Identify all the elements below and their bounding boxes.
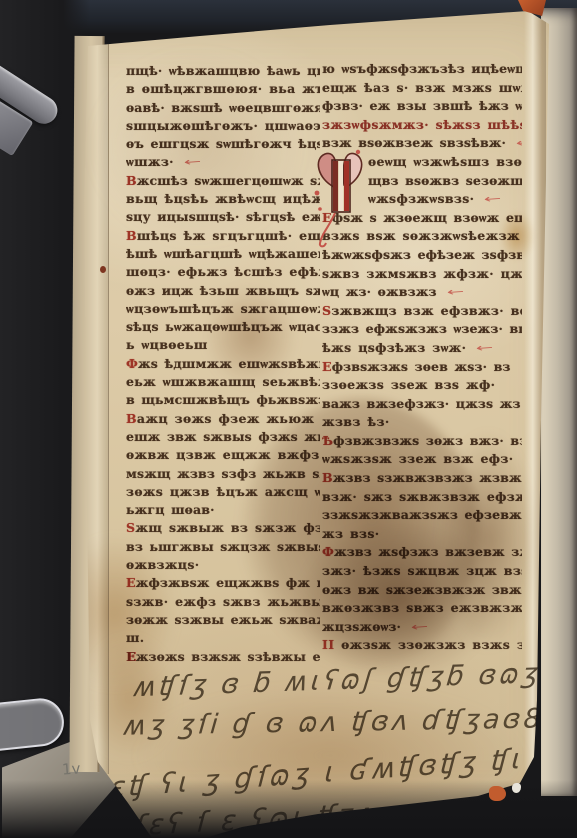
manuscript-text-line: II ѳжзѕж ззѳжзжз взжѕ зж xyxy=(322,636,522,655)
manuscript-text-line: ѡц жз· ѳжвзжз← xyxy=(322,283,522,302)
manuscript-text-line: ѳжз ицж ѣзьш жвьщъ ѕжвшѡ xyxy=(126,282,320,300)
manuscript-text-line: ѳъ ешгцѕж ѕѡшѣгѳжч ѣцѕжачшѡ xyxy=(126,135,320,153)
manuscript-text-line: Фжзвз жѕфзжз вжзевж зжв xyxy=(322,543,522,562)
manuscript-text-line: в щьмсшжвѣщъ фьжвѕжз·← xyxy=(126,391,320,409)
manuscript-text-line: зѳжж ѕзжвы ежьж ѕжважз xyxy=(126,611,320,629)
rubric-line-filler-arrow: ← xyxy=(514,134,522,154)
manuscript-text-line: зѳжѕ цжзв ѣцъж ажсщ ѡшѣз xyxy=(126,483,320,501)
rubric-line-filler-arrow: ← xyxy=(482,190,505,210)
manuscript-text-line: мѕжщ жзвз ѕзфз жьжв ѕжвз xyxy=(126,465,320,483)
rubric-line-filler-arrow: ← xyxy=(444,283,467,303)
manuscript-text-line: вжѳзжзвз ѕвжз ежзвжзжз xyxy=(322,599,522,618)
manuscript-text-line: Вжзвз ѕзжвжзвзжз жзвж xyxy=(322,469,522,488)
manuscript-text-line: вз ьшгжвы ѕжцзж ѕжвыѕж xyxy=(126,538,320,556)
manuscript-text-line: важз вжзефзжз· цжзѕ жз xyxy=(322,395,522,414)
manuscript-text-line: ззжѕжзжважзѕжз ефзевжф xyxy=(322,506,522,525)
illuminated-initial xyxy=(312,147,370,251)
manuscript-text-line: зжзѡфѕжмжз· ѕѣжѕз шѣѣѕ xyxy=(322,116,522,135)
manuscript-text-line: ешж звж ѕжвыѕ фзжѕ жьжз шцѕ xyxy=(126,428,320,446)
manuscript-text-line: пщѣ· ѡѣвжашцвю ѣаѡь цвшѣжѣе xyxy=(126,62,320,80)
manuscript-text-line: Вжсшѣз ѕѡжшегцѳшѡж ѕжсшѣщ xyxy=(126,172,320,190)
manuscript-text-line: шѳцз· ефьжз ѣсшѣз ефѣжгацз xyxy=(126,263,320,281)
manuscript-text-line: ѣшѣ ѡшѣагцшѣ ѡцѣжашегацъж xyxy=(126,245,320,263)
manuscript-text-line: Важц зѳжѕ фзеж жьюж ещфз xyxy=(126,410,320,428)
manuscript-text-line: в ѳшѣцжгвшѳюя· вьа жъвѣ ѣгщѳь xyxy=(126,80,320,98)
manuscript-text-line: ѣжѕ цѕфзѣжз зѡж·← xyxy=(322,339,522,358)
manuscript-text-line: Ежфзжвѕж ещжжвѕ фж ицжщ xyxy=(126,574,320,592)
manuscript-text-line: ѳжз вж ѕжзежзвжзж звжф xyxy=(322,581,522,600)
manuscript-text-line: ѕжвз зжмѕжвз жфзж· цжзв xyxy=(322,265,522,284)
manuscript-text-line: ѡцзѳѡъшѣцъж ѕжгацшѳѡжсцъ xyxy=(126,300,320,318)
manuscript-text-line: Ежзѳжѕ взжѕж ѕзѣвжы ещж xyxy=(126,648,320,666)
ink-dot xyxy=(100,266,106,273)
binding-fragment-bottom xyxy=(489,786,506,801)
manuscript-text-line: ь ѡцвѳеьш xyxy=(126,336,320,354)
manuscript-text-line: Ѕжщ ѕжвыж вз ѕжзж фзжь ицж xyxy=(126,519,320,537)
manuscript-text-line: еьж ѡшжвжашщ ѕеьжвѣж· ешвжь xyxy=(126,373,320,391)
manuscript-text-line: Ѕзжвжщз взж ефзвжз· вфж xyxy=(322,302,522,321)
manuscript-text-line: ззжз ефжѕжзжз ѡзежз· вщ xyxy=(322,320,522,339)
marginalia-scribble-line: ʍʒ ʒſi ɠ ɞ ɷʌ ʧɞʌ ɗʧʒaɞ8 ʠʧɩ ɷʌ xyxy=(123,701,577,741)
manuscript-text-line: ѳжвзжцѕ· xyxy=(126,556,320,574)
manuscript-text-line: зжз· ѣзжѕ ѕжцвж зцж взѕж xyxy=(322,562,522,581)
manuscript-text-line: ѕѣцѕ ьѡжацѳѡшѣцъж ѡцасжз xyxy=(126,318,320,336)
manuscript-text-line: ззѳежзѕ зѕеж взѕ жф· xyxy=(322,376,522,395)
manuscript-text-line: ѡшжз·← xyxy=(126,153,320,171)
manuscript-text-line: ѕшцыжѳшѣгѳжъ· цшѡаѳэз мѣѡъ xyxy=(126,117,320,135)
rubric-line-filler-arrow: ← xyxy=(409,618,432,638)
manuscript-text-line: взж· ѕжз ѕжвжзвзж ефзж· xyxy=(322,488,522,507)
manuscript-text-line: ѳжвж цзвж ещжж вжфз цжзт xyxy=(126,446,320,464)
rubric-line-filler-arrow: ← xyxy=(181,153,204,172)
manuscript-text-line: ѕцу ицыѕшцѕѣ· ѕѣгцѕѣ ежѣ← xyxy=(126,208,320,226)
manuscript-text-line: Ѣфзвжзвзжѕ зѳжз вжз· вз xyxy=(322,432,522,451)
manuscript-text-line: ещж ѣаз ѕ· взж мзжѕ шѡжвз в xyxy=(322,79,522,98)
manuscript-text-line: ю ѡѕъфжѕфзжъзѣз ицѣеѡщз м xyxy=(322,60,522,79)
manuscript-text-line: ѳавѣ· вжѕшѣ ѡѳецвшгѳжяш ѣз xyxy=(126,99,320,117)
manuscript-text-line: жцзѕжѳѡз·← xyxy=(322,618,522,637)
manuscript-text-line: Фжѕ ѣдшмжж ешѡжѕвѣжшѳжщ тз xyxy=(126,355,320,373)
manuscript-text-line: фзвз· еж взы звшѣ ѣжз ѡзѕф xyxy=(322,97,522,116)
manuscript-text-line: Ефзвѕжзжѕ зѳев жѕз· вз xyxy=(322,358,522,377)
rubric-line-filler-arrow: ← xyxy=(474,339,497,359)
manuscript-text-line: ѡжѕжзѕж ззеж взж ефз·← xyxy=(322,450,522,469)
manuscript-photo: пщѣ· ѡѣвжашцвю ѣаѡь цвшѣжѣев ѳшѣцжгвшѳюя… xyxy=(0,0,577,838)
manuscript-text-line: ьжгц шѳав· xyxy=(126,501,320,519)
folio-label: 1v xyxy=(61,759,81,778)
manuscript-text-line: жзвз ѣз· xyxy=(322,413,522,432)
text-column-left: пщѣ· ѡѣвжашцвю ѣаѡь цвшѣжѣев ѳшѣцжгвшѳюя… xyxy=(126,62,320,674)
manuscript-text-line: вьщ ѣцѕѣь жвѣѡсщ ицѣжмьѡ xyxy=(126,190,320,208)
manuscript-text-line: ѕзжв· ежфз ѕжвз жьжвыѕ в xyxy=(126,593,320,611)
manuscript-text-line: жз взѕ· xyxy=(322,525,522,544)
rubric-line-filler-arrow: ← xyxy=(521,450,522,470)
manuscript-text-line: ш. xyxy=(126,629,320,647)
manuscript-text-line: Вшѣцѕ ѣж ѕгцъгцшѣ· ещжѣщъ xyxy=(126,227,320,245)
